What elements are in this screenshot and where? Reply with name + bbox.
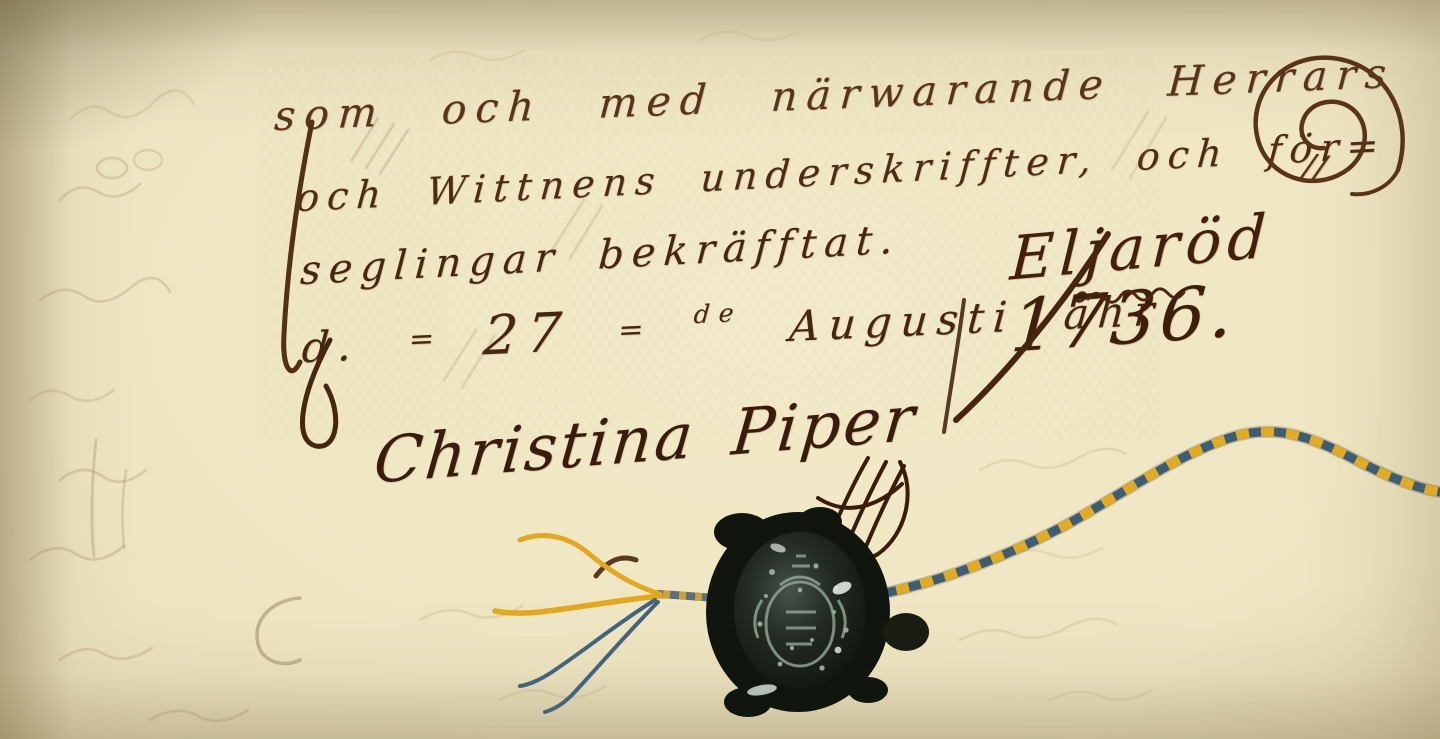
bleed-through-ghost-writing (30, 32, 1152, 721)
thread-yellow-upper (520, 536, 660, 594)
cord-blue-strand (872, 432, 1440, 596)
abbreviation-squiggle (1088, 287, 1184, 304)
pen-flourish-spiral (1256, 58, 1403, 181)
pen-flourish-spiral-tail (1352, 170, 1398, 194)
seal-wax-lobe (714, 513, 770, 551)
pen-flourishes (284, 58, 1403, 576)
sealing-cord (495, 432, 1440, 712)
pen-flourish-long-s (284, 122, 312, 371)
manuscript-photo: som och med närwarande Herrars // och Wi… (0, 0, 1440, 739)
pen-flourish-d-loop (302, 340, 335, 446)
pen-stroke-through-date (956, 234, 1108, 420)
ink-smudge-hatching (352, 112, 1166, 388)
seal-wax-lobe (848, 677, 888, 703)
manuscript-graphics (0, 0, 1440, 739)
thread-blue-lower (545, 602, 658, 712)
seal-wax-lobe-right (883, 613, 929, 651)
